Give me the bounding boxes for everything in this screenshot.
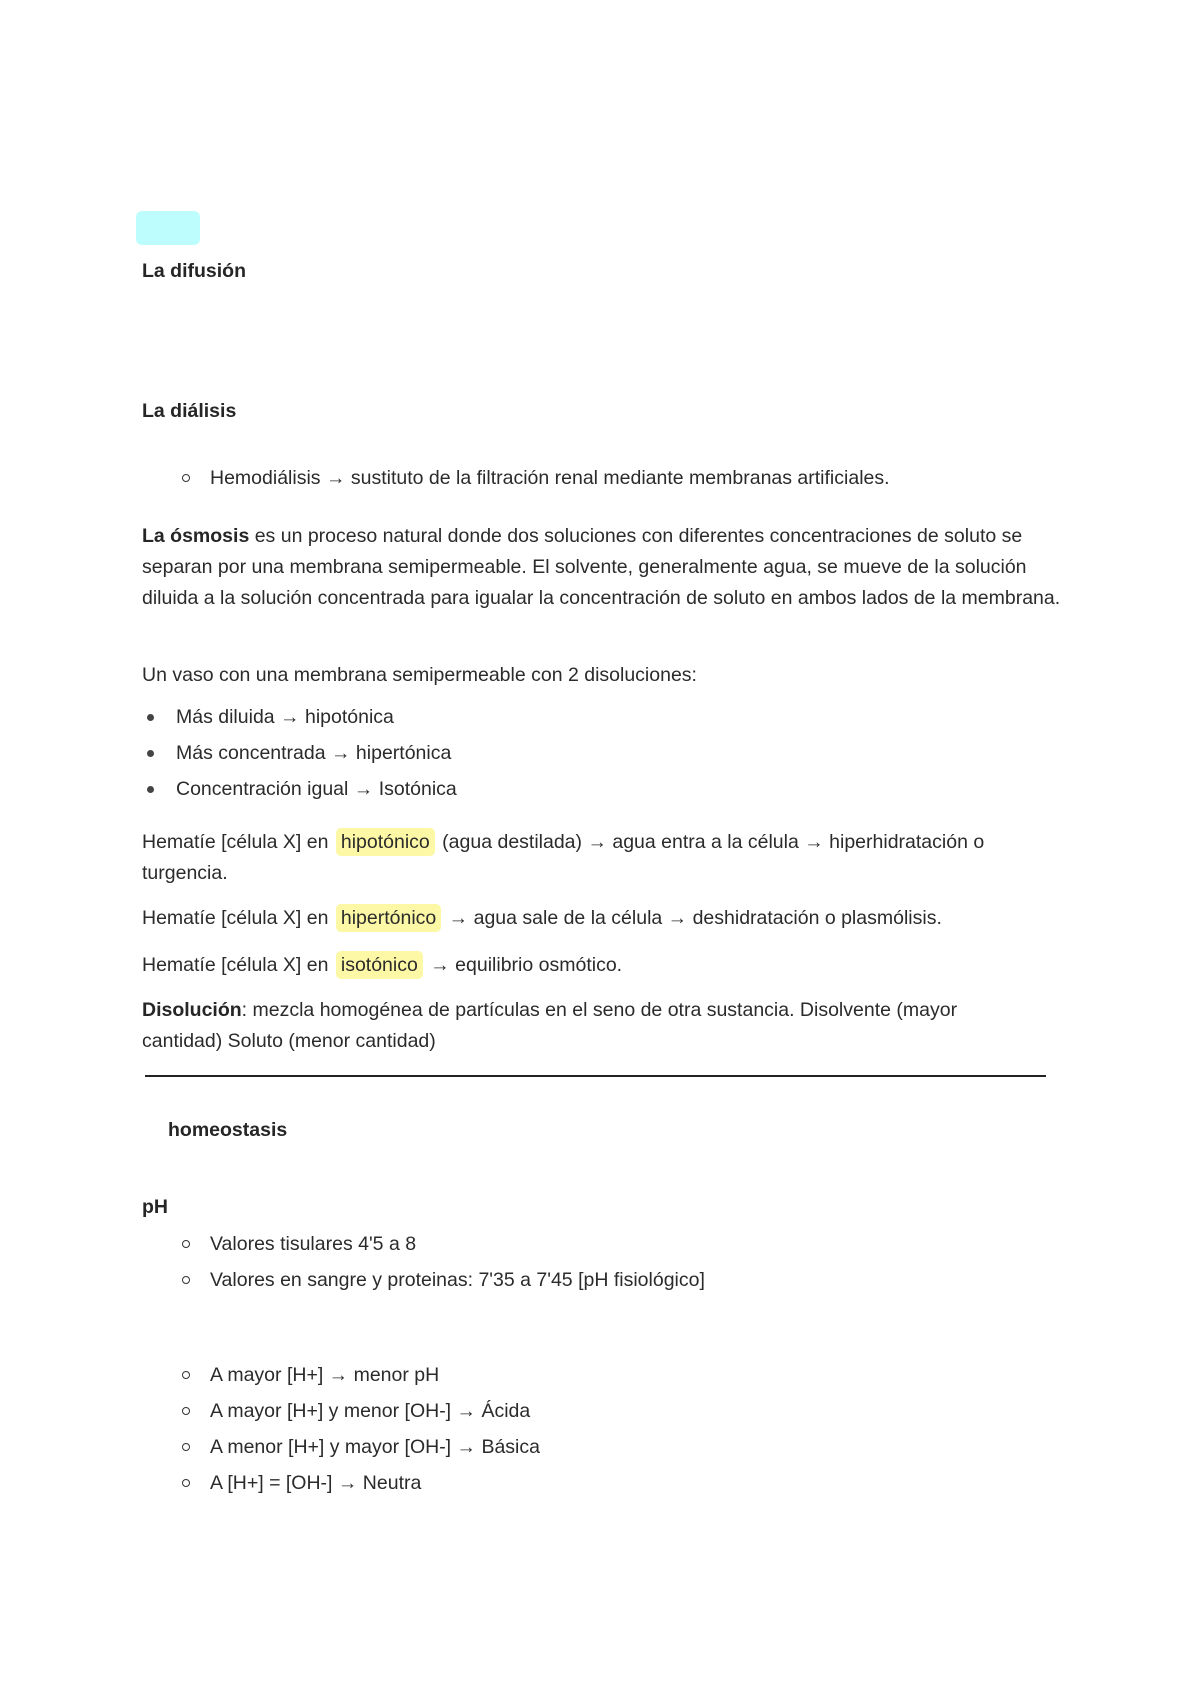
list-item-text: Valores tisulares 4'5 a 8 — [210, 1233, 416, 1255]
hollow-bullet-icon — [182, 1276, 190, 1284]
list-item-hemodialisis: Hemodiálisis → sustituto de la filtració… — [210, 460, 890, 496]
hollow-bullet-icon — [182, 1443, 190, 1451]
heading-homeostasis: homeostasis — [168, 1119, 287, 1142]
filled-bullet-icon — [147, 786, 154, 793]
ph-rules-list: A mayor [H+] → menor pH A mayor [H+] y m… — [210, 1357, 540, 1501]
hollow-bullet-icon — [182, 1407, 190, 1415]
osmosis-term: La ósmosis — [142, 525, 249, 547]
paragraph-osmosis: La ósmosis es un proceso natural donde d… — [142, 521, 1062, 614]
hollow-bullet-icon — [182, 474, 190, 482]
list-item: Más concentrada → hipertónica — [176, 735, 457, 771]
highlight-hipertonico: hipertónico — [336, 904, 441, 932]
hollow-bullet-icon — [182, 1371, 190, 1379]
heading-ph: pH — [142, 1196, 168, 1219]
paragraph-vaso-intro: Un vaso con una membrana semipermeable c… — [142, 660, 697, 691]
list-item-text: Más diluida → hipotónica — [176, 706, 394, 728]
hematie-suffix: → equilibrio osmótico. — [425, 954, 622, 976]
list-item-text: A menor [H+] y mayor [OH-] → Básica — [210, 1436, 540, 1458]
heading-dialisis: La diálisis — [142, 400, 236, 423]
filled-bullet-icon — [147, 714, 154, 721]
ph-values-list: Valores tisulares 4'5 a 8 Valores en san… — [210, 1226, 705, 1298]
list-item: Concentración igual → Isotónica — [176, 771, 457, 807]
list-item: A mayor [H+] → menor pH — [210, 1357, 540, 1393]
list-item-text: A [H+] = [OH-] → Neutra — [210, 1472, 421, 1494]
hollow-bullet-icon — [182, 1240, 190, 1248]
vaso-list: Más diluida → hipotónica Más concentrada… — [176, 699, 457, 807]
disolucion-term: Disolución — [142, 999, 242, 1021]
hematie-prefix: Hematíe [célula X] en — [142, 831, 328, 853]
list-item-text: A mayor [H+] y menor [OH-] → Ácida — [210, 1400, 530, 1422]
list-item-text: Hemodiálisis → sustituto de la filtració… — [210, 467, 890, 489]
list-item: Valores en sangre y proteinas: 7'35 a 7'… — [210, 1262, 705, 1298]
list-item: Valores tisulares 4'5 a 8 — [210, 1226, 705, 1262]
highlight-isotonico: isotónico — [336, 951, 423, 979]
heading-difusion: La difusión — [142, 260, 246, 283]
hematie-suffix: → agua sale de la célula → deshidratació… — [443, 907, 942, 929]
paragraph-hematie-hipertonico: Hematíe [célula X] en hipertónico → agua… — [142, 903, 1092, 934]
osmosis-definition: es un proceso natural donde dos solucion… — [142, 525, 1060, 609]
hematie-prefix: Hematíe [célula X] en — [142, 907, 328, 929]
horizontal-divider — [145, 1075, 1046, 1077]
paragraph-disolucion: Disolución: mezcla homogénea de partícul… — [142, 995, 1002, 1057]
filled-bullet-icon — [147, 750, 154, 757]
list-item-text: Concentración igual → Isotónica — [176, 778, 457, 800]
list-item-text: Valores en sangre y proteinas: 7'35 a 7'… — [210, 1269, 705, 1291]
list-item: Más diluida → hipotónica — [176, 699, 457, 735]
list-item-text: A mayor [H+] → menor pH — [210, 1364, 439, 1386]
list-item: A menor [H+] y mayor [OH-] → Básica — [210, 1429, 540, 1465]
list-item: A [H+] = [OH-] → Neutra — [210, 1465, 540, 1501]
hollow-bullet-icon — [182, 1479, 190, 1487]
hematie-prefix: Hematíe [célula X] en — [142, 954, 328, 976]
list-item-text: Más concentrada → hipertónica — [176, 742, 451, 764]
list-item: A mayor [H+] y menor [OH-] → Ácida — [210, 1393, 540, 1429]
paragraph-hematie-isotonico: Hematíe [célula X] en isotónico → equili… — [142, 950, 1092, 981]
highlight-hipotonico: hipotónico — [336, 828, 435, 856]
disolucion-definition: : mezcla homogénea de partículas en el s… — [142, 999, 957, 1052]
color-tag-block — [136, 211, 200, 245]
paragraph-hematie-hipotonico: Hematíe [célula X] en hipotónico (agua d… — [142, 827, 1012, 889]
